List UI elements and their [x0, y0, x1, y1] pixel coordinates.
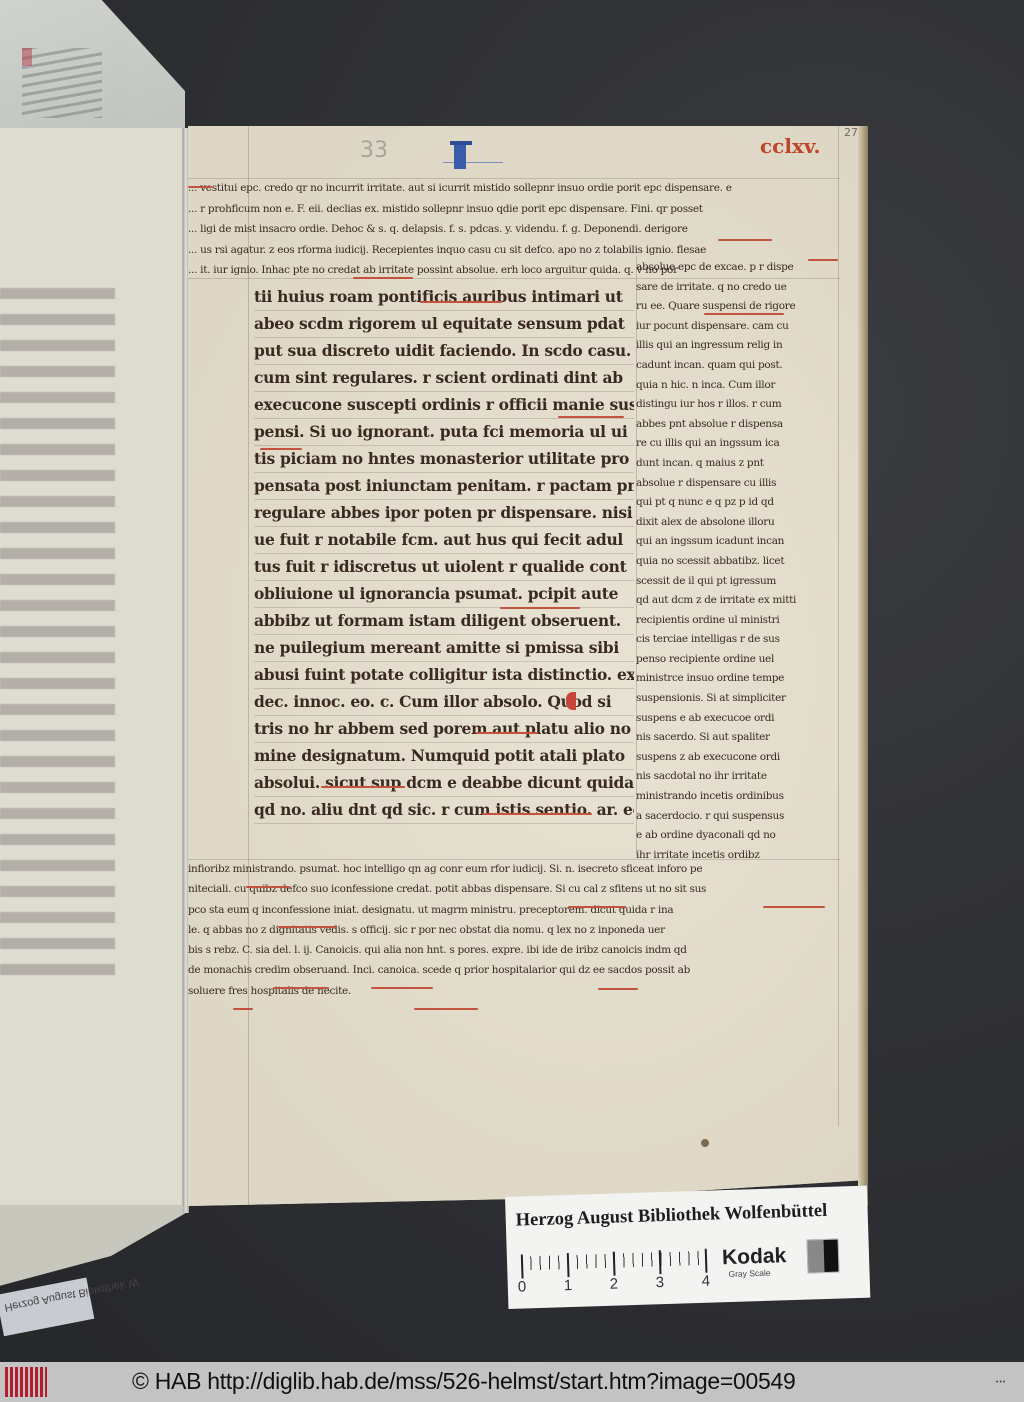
gloss-line: suspens e ab execucoe ordi: [636, 709, 836, 729]
text-line: tis piciam no hntes monasterior utilitat…: [254, 446, 634, 473]
flap-rubric-ghost: [22, 48, 32, 66]
rubric-underline: [246, 886, 290, 888]
gloss-line: re cu illis qui an ingssum ica: [636, 434, 836, 454]
copyright-link[interactable]: © HAB http://diglib.hab.de/mss/526-helms…: [132, 1368, 796, 1395]
rubric-underline: [278, 926, 336, 928]
bleed-through-text: [0, 288, 115, 978]
rubric-underline: [233, 1008, 253, 1010]
rubric-underline: [273, 987, 329, 989]
ruler-number: 4: [701, 1273, 710, 1290]
folio-number: cclxv.: [760, 134, 820, 158]
rubric-underline: [371, 987, 433, 989]
gloss-line: suspens z ab execucone ordi: [636, 748, 836, 768]
rubric-underline: [260, 448, 302, 450]
pencil-number: 33: [360, 138, 388, 163]
gloss-line: suspensionis. Si at simpliciter: [636, 689, 836, 709]
gloss-line: scessit de il qui pt igressum: [636, 572, 836, 592]
rubric-underline: [718, 239, 772, 241]
side-label-text: Herzog August Bibliothek W: [3, 1276, 139, 1314]
gloss-line: iur pocunt dispensare. cam cu: [636, 317, 836, 337]
rubric-underline: [188, 186, 212, 188]
text-line: put sua discreto uidit faciendo. In scdo…: [254, 338, 634, 365]
gloss-line: absolue r dispensare cu illis: [636, 474, 836, 494]
gloss-line: pco sta eum q inconfessione iniat. desig…: [188, 900, 848, 920]
gloss-line: recipientis ordine ul ministri: [636, 611, 836, 631]
pen-flourish: [443, 152, 503, 163]
gloss-line: cadunt incan. quam qui post.: [636, 356, 836, 376]
more-options-icon[interactable]: •••: [996, 1379, 1006, 1386]
gloss-line: absolue epc de excae. p r dispe: [636, 258, 836, 278]
text-line: tus fuit r idiscretus ut uiolent r quali…: [254, 554, 634, 581]
text-line: abbibz ut formam istam diligent obseruen…: [254, 608, 634, 635]
text-line: cum sint regulares. r scient ordinati di…: [254, 365, 634, 392]
gloss-line: ministrando incetis ordinibus: [636, 787, 836, 807]
text-line: mine designatum. Numquid potit atali pla…: [254, 743, 634, 770]
text-line: tris no hr abbem sed porem aut platu ali…: [254, 716, 634, 743]
gloss-line: nis sacdotal no ihr irritate: [636, 767, 836, 787]
rubric-underline: [414, 1008, 478, 1010]
color-calibration-card: Herzog August Bibliothek Wolfenbüttel 0 …: [505, 1186, 870, 1309]
blue-initial-icon: [454, 141, 466, 169]
gloss-line: dunt incan. q maius z pnt: [636, 454, 836, 474]
rubric-underline: [500, 607, 580, 609]
rubric-underline: [482, 813, 592, 815]
rubric-underline: [353, 277, 413, 279]
hab-logo-icon[interactable]: [5, 1367, 47, 1397]
gloss-line: illis qui an ingressum relig in: [636, 336, 836, 356]
text-line: pensi. Si uo ignorant. puta fci memoria …: [254, 419, 634, 446]
gloss-line: cis terciae intelligas r de sus: [636, 630, 836, 650]
text-line: regulare abbes ipor poten pr dispensare.…: [254, 500, 634, 527]
page-edge: [858, 126, 868, 1206]
rubric-underline: [420, 301, 502, 303]
gloss-line: bis s rebz. C. sia del. l. ij. Canoicis.…: [188, 940, 848, 960]
verso-page: [0, 128, 185, 1213]
text-line: dec. innoc. eo. c. Cum illor absolo. Quo…: [254, 689, 634, 716]
image-viewer[interactable]: 33 cclxv. 274 ... vestitui epc. credo qr…: [0, 0, 1024, 1362]
text-line: abusi fuint potate colligitur ista disti…: [254, 662, 634, 689]
ruler-number: 1: [564, 1277, 573, 1294]
flap-text-ghost: [22, 48, 102, 118]
ruler-number: 0: [518, 1278, 527, 1295]
previous-page-flap: [0, 0, 185, 130]
gloss-line: qui pt q nunc e q pz p id qd: [636, 493, 836, 513]
text-line: absolui. sicut sup dcm e deabbe dicunt q…: [254, 770, 634, 797]
rubric-underline: [568, 906, 626, 908]
rubric-underline: [808, 259, 838, 261]
gloss-line: ministrce insuo ordine tempe: [636, 669, 836, 689]
text-line: pensata post iniunctam penitam. r pactam…: [254, 473, 634, 500]
text-line: obliuione ul ignorancia psumat. pcipit a…: [254, 581, 634, 608]
footer-bar: © HAB http://diglib.hab.de/mss/526-helms…: [0, 1362, 1024, 1402]
rubric-underline: [704, 313, 784, 315]
rubric-underline: [598, 988, 638, 990]
gloss-line: ... us rsi agatur. z eos rforma iudicij.…: [188, 240, 838, 261]
recto-page: 33 cclxv. 274 ... vestitui epc. credo qr…: [188, 126, 864, 1206]
main-text-column: tii huius roam pontificis auribus intima…: [254, 284, 634, 824]
gloss-line: quia no scessit abbatibz. licet: [636, 552, 836, 572]
gloss-line: soluere fres hospitalis de necite.: [188, 981, 848, 1001]
text-line: execucone suscepti ordinis r officii man…: [254, 392, 634, 419]
ruler-number: 2: [610, 1275, 619, 1292]
rubric-underline: [763, 906, 825, 908]
gloss-line: dixit alex de absolone illoru: [636, 513, 836, 533]
gloss-line: niteciali. cu quibz defco suo iconfessio…: [188, 879, 848, 899]
kodak-brand: Kodak: [722, 1244, 787, 1270]
ruling-line: [248, 126, 249, 1206]
gloss-bottom: infioribz ministrando. psumat. hoc intel…: [188, 859, 848, 1001]
gray-scale-label: Gray Scale: [728, 1268, 770, 1279]
gloss-line: e ab ordine dyaconali qd no: [636, 826, 836, 846]
rubric-underline: [321, 786, 405, 788]
gloss-line: quia n hic. n inca. Cum illor: [636, 376, 836, 396]
gloss-line: ... ligi de mist insacro ordie. Dehoc & …: [188, 219, 838, 240]
gloss-line: sare de irritate. q no credo ue: [636, 278, 836, 298]
gloss-line: qd aut dcm z de irritate ex mitti: [636, 591, 836, 611]
parchment-stain: [701, 1139, 709, 1147]
gloss-line: nis sacerdo. Si aut spaliter: [636, 728, 836, 748]
verso-lower-flap: [0, 1205, 185, 1290]
gloss-line: de monachis credim obseruand. Inci. cano…: [188, 960, 848, 980]
rubric-underline: [476, 732, 538, 734]
text-line: qd no. aliu dnt qd sic. r cum istis sent…: [254, 797, 634, 824]
gloss-line: le. q abbas no z dignitatis vedis. s off…: [188, 920, 848, 940]
rubric-underline: [558, 416, 624, 418]
red-paraph-icon: [566, 692, 576, 710]
gloss-right-column: absolue epc de excae. p r dispe sare de …: [636, 258, 836, 865]
text-line: abeo scdm rigorem ul equitate sensum pda…: [254, 311, 634, 338]
gloss-line: ... vestitui epc. credo qr no incurrit i…: [188, 178, 838, 199]
text-line: tii huius roam pontificis auribus intima…: [254, 284, 634, 311]
gloss-line: ... r prohficum non e. F. eii. declias e…: [188, 199, 838, 220]
gloss-line: penso recipiente ordine uel: [636, 650, 836, 670]
side-label-card: Herzog August Bibliothek W: [0, 1277, 94, 1336]
gloss-line: a sacerdocio. r qui suspensus: [636, 807, 836, 827]
text-line: ue fuit r notabile fcm. aut hus qui feci…: [254, 527, 634, 554]
gloss-line: distingu iur hos r illos. r cum: [636, 395, 836, 415]
gloss-line: qui an ingssum icadunt incan: [636, 532, 836, 552]
card-institution: Herzog August Bibliothek Wolfenbüttel: [515, 1201, 827, 1232]
ruler-number: 3: [656, 1274, 665, 1291]
gloss-line: infioribz ministrando. psumat. hoc intel…: [188, 859, 848, 879]
text-line: ne puilegium mereant amitte si pmissa si…: [254, 635, 634, 662]
gray-swatch-icon: [806, 1239, 839, 1274]
gloss-line: abbes pnt absolue r dispensa: [636, 415, 836, 435]
